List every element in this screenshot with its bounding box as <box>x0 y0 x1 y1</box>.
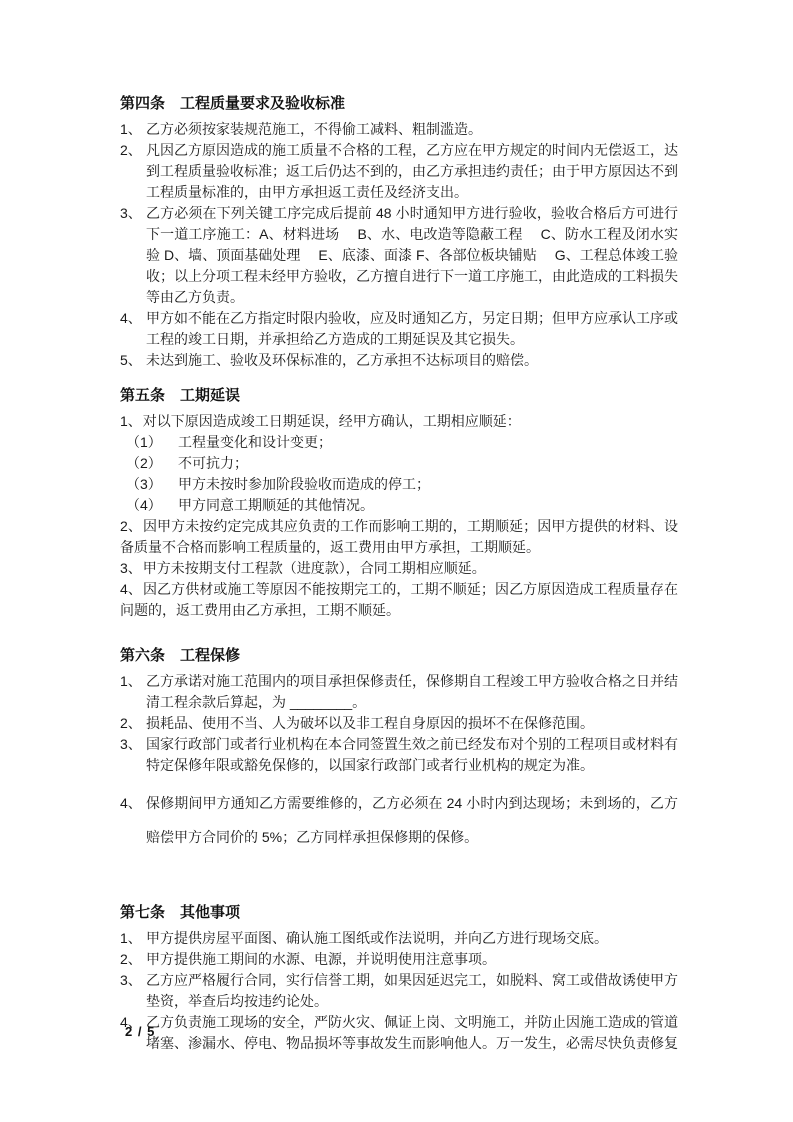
clause-number: 3、 <box>120 560 142 576</box>
clause-number: 2、 <box>120 949 146 970</box>
contract-clause: 4、 甲方如不能在乙方指定时限内验收，应及时通知乙方，另定日期；但甲方应承认工序… <box>120 308 678 350</box>
subclause-number: （4） <box>126 495 178 516</box>
clause-number: 2、 <box>120 140 146 161</box>
clause-number: 2、 <box>120 518 142 534</box>
subclause-number: （1） <box>126 432 178 453</box>
section-article-4: 第四条 工程质量要求及验收标准 1、 乙方必须按家装规范施工，不得偷工减料、粗制… <box>120 93 678 371</box>
clause-text: 甲方如不能在乙方指定时限内验收，应及时通知乙方，另定日期；但甲方应承认工序或工程… <box>146 308 678 350</box>
clause-text-with-blank: 乙方承诺对施工范围内的项目承担保修责任，保修期自工程竣工甲方验收合格之日并结清工… <box>146 671 678 713</box>
clause-number: 3、 <box>120 970 146 991</box>
clause-text: 乙方负责施工现场的安全，严防火灾、佩证上岗、文明施工，并防止因施工造成的管道堵塞… <box>146 1012 678 1054</box>
contract-clause: 3、甲方未按期支付工程款（进度款），合同工期相应顺延。 <box>120 558 678 579</box>
contract-clause: 1、对以下原因造成竣工日期延误，经甲方确认，工期相应顺延： <box>120 411 678 432</box>
subclause-text: 甲方未按时参加阶段验收而造成的停工； <box>178 474 678 495</box>
contract-page: 第四条 工程质量要求及验收标准 1、 乙方必须按家装规范施工，不得偷工减料、粗制… <box>0 0 793 1122</box>
contract-clause: 2、因甲方未按约定完成其应负责的工作而影响工期的，工期顺延；因甲方提供的材料、设… <box>120 516 678 558</box>
section-heading: 第四条 工程质量要求及验收标准 <box>120 93 678 115</box>
contract-clause: 1、 乙方承诺对施工范围内的项目承担保修责任，保修期自工程竣工甲方验收合格之日并… <box>120 671 678 713</box>
section-heading: 第六条 工程保修 <box>120 645 678 667</box>
page-number: 2 / 5 <box>125 1024 155 1039</box>
section-article-5: 第五条 工期延误 1、对以下原因造成竣工日期延误，经甲方确认，工期相应顺延： （… <box>120 385 678 621</box>
clause-text: 未达到施工、验收及环保标准的，乙方承担不达标项目的赔偿。 <box>146 350 678 371</box>
clause-number: 2、 <box>120 713 146 734</box>
clause-number: 4、 <box>120 786 146 820</box>
clause-number: 1、 <box>120 928 146 949</box>
clause-text: 乙方必须在下列关键工序完成后提前 48 小时通知甲方进行验收，验收合格后方可进行… <box>146 203 678 308</box>
contract-clause: 2、 甲方提供施工期间的水源、电源，并说明使用注意事项。 <box>120 949 678 970</box>
contract-subclause: （3） 甲方未按时参加阶段验收而造成的停工； <box>126 474 678 495</box>
clause-text: 损耗品、使用不当、人为破坏以及非工程自身原因的损坏不在保修范围。 <box>146 713 678 734</box>
clause-text: 对以下原因造成竣工日期延误，经甲方确认，工期相应顺延： <box>143 413 521 429</box>
clause-number: 1、 <box>120 413 142 429</box>
clause-text: 保修期间甲方通知乙方需要维修的，乙方必须在 24 小时内到达现场；未到场的，乙方… <box>146 786 678 854</box>
clause-number: 4、 <box>120 308 146 329</box>
clause-number: 1、 <box>120 671 146 692</box>
contract-subclause: （1） 工程量变化和设计变更； <box>126 432 678 453</box>
contract-subclause: （4） 甲方同意工期顺延的其他情况。 <box>126 495 678 516</box>
contract-clause: 4、 保修期间甲方通知乙方需要维修的，乙方必须在 24 小时内到达现场；未到场的… <box>120 786 678 854</box>
contract-clause: 3、 乙方必须在下列关键工序完成后提前 48 小时通知甲方进行验收，验收合格后方… <box>120 203 678 308</box>
clause-number: 3、 <box>120 734 146 755</box>
contract-clause: 3、 国家行政部门或者行业机构在本合同签置生效之前已经发布对个别的工程项目或材料… <box>120 734 678 776</box>
contract-clause: 3、 乙方应严格履行合同，实行信誉工期，如果因延迟完工，如脱料、窝工或借故诱使甲… <box>120 970 678 1012</box>
clause-number: 5、 <box>120 350 146 371</box>
clause-text: 甲方未按期支付工程款（进度款），合同工期相应顺延。 <box>143 560 486 576</box>
clause-text: 甲方提供房屋平面图、确认施工图纸或作法说明，并向乙方进行现场交底。 <box>146 928 678 949</box>
contract-clause: 4、 乙方负责施工现场的安全，严防火灾、佩证上岗、文明施工，并防止因施工造成的管… <box>120 1012 678 1054</box>
clause-number: 3、 <box>120 203 146 224</box>
subclause-text: 工程量变化和设计变更； <box>178 432 678 453</box>
section-heading: 第五条 工期延误 <box>120 385 678 407</box>
contract-content: 第四条 工程质量要求及验收标准 1、 乙方必须按家装规范施工，不得偷工减料、粗制… <box>120 93 678 1054</box>
clause-text: 凡因乙方原因造成的施工质量不合格的工程，乙方应在甲方规定的时间内无偿返工，达到工… <box>146 140 678 203</box>
subclause-number: （3） <box>126 474 178 495</box>
clause-text: 甲方提供施工期间的水源、电源，并说明使用注意事项。 <box>146 949 678 970</box>
contract-clause: 5、 未达到施工、验收及环保标准的，乙方承担不达标项目的赔偿。 <box>120 350 678 371</box>
section-article-7: 第七条 其他事项 1、 甲方提供房屋平面图、确认施工图纸或作法说明，并向乙方进行… <box>120 902 678 1054</box>
contract-clause: 2、 损耗品、使用不当、人为破坏以及非工程自身原因的损坏不在保修范围。 <box>120 713 678 734</box>
contract-clause: 2、 凡因乙方原因造成的施工质量不合格的工程，乙方应在甲方规定的时间内无偿返工，… <box>120 140 678 203</box>
subclause-text: 甲方同意工期顺延的其他情况。 <box>178 495 678 516</box>
clause-text: 乙方必须按家装规范施工，不得偷工减料、粗制滥造。 <box>146 119 678 140</box>
contract-clause: 1、 甲方提供房屋平面图、确认施工图纸或作法说明，并向乙方进行现场交底。 <box>120 928 678 949</box>
clause-number: 4、 <box>120 581 142 597</box>
subclause-number: （2） <box>126 453 178 474</box>
clause-text: 乙方应严格履行合同，实行信誉工期，如果因延迟完工，如脱料、窝工或借故诱使甲方垫资… <box>146 970 678 1012</box>
contract-clause: 4、因乙方供材或施工等原因不能按期完工的，工期不顺延；因乙方原因造成工程质量存在… <box>120 579 678 621</box>
section-heading: 第七条 其他事项 <box>120 902 678 924</box>
contract-subclause: （2） 不可抗力； <box>126 453 678 474</box>
clause-text: 因甲方未按约定完成其应负责的工作而影响工期的，工期顺延；因甲方提供的材料、设备质… <box>120 518 678 555</box>
clause-number: 1、 <box>120 119 146 140</box>
section-article-6: 第六条 工程保修 1、 乙方承诺对施工范围内的项目承担保修责任，保修期自工程竣工… <box>120 645 678 854</box>
contract-clause: 1、 乙方必须按家装规范施工，不得偷工减料、粗制滥造。 <box>120 119 678 140</box>
clause-text: 国家行政部门或者行业机构在本合同签置生效之前已经发布对个别的工程项目或材料有特定… <box>146 734 678 776</box>
clause-text: 因乙方供材或施工等原因不能按期完工的，工期不顺延；因乙方原因造成工程质量存在问题… <box>120 581 678 618</box>
subclause-text: 不可抗力； <box>178 453 678 474</box>
